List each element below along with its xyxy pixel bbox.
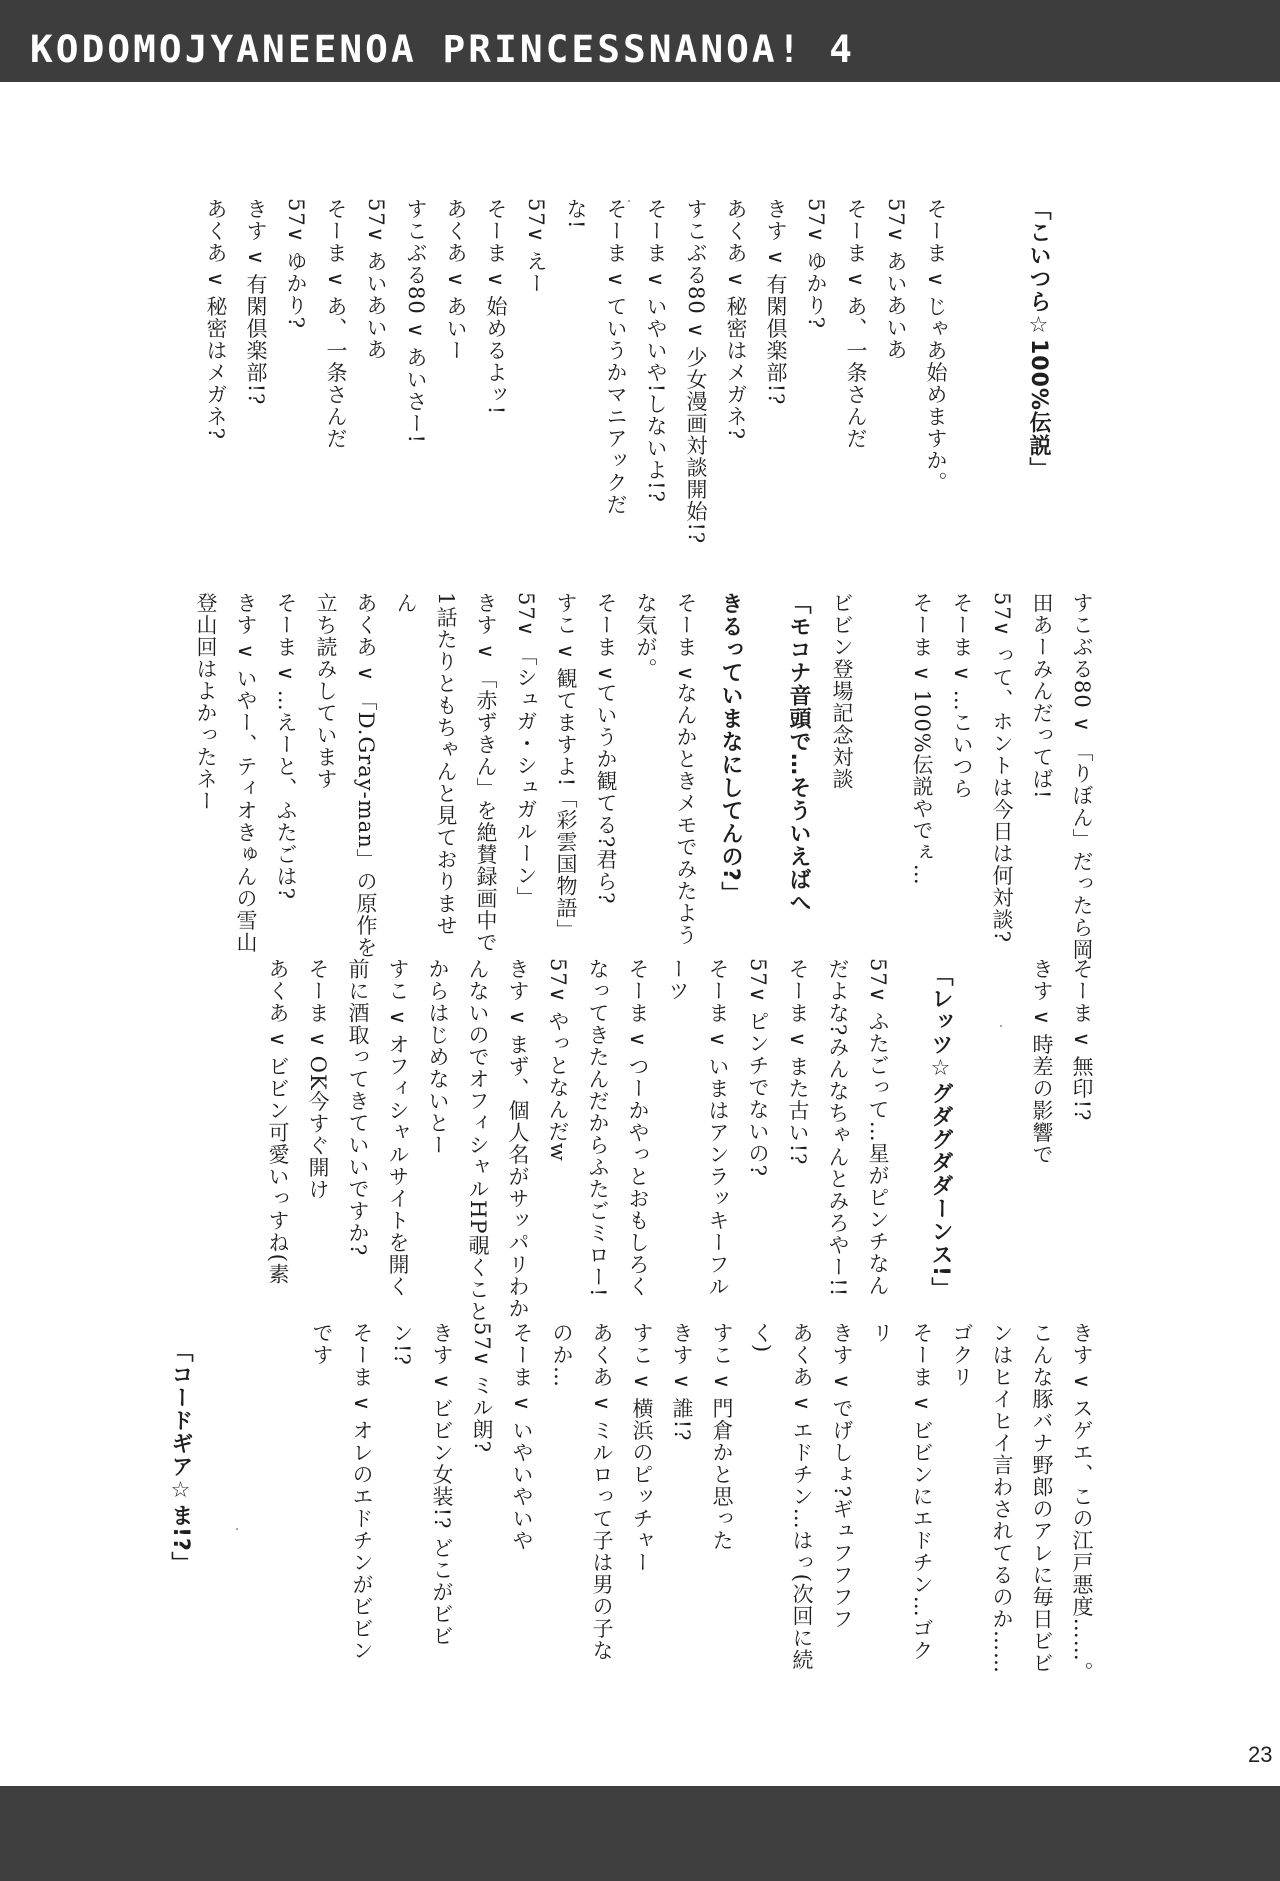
dialogue-line: そーま ∨ OK今すぐ開け [298,958,338,1201]
dialogue-line: そーま ∨なんかときメモでみたよう [666,592,706,946]
dialogue-line: 57∨ えー [516,198,556,295]
dialogue-line: そーま ∨ あ、一条さんだ [316,198,356,450]
dialogue-line: そーま ∨ 100%伝説やでぇ… [902,592,942,886]
dialogue-line: そーま ∨ いやいやいや [502,1322,542,1552]
scan-speck [1000,1025,1002,1027]
dialogue-line: そーま ∨ …えーと、ふたごは? [266,592,306,900]
dialogue-line: そーま ∨ いやいや!しないよ!? [636,198,676,503]
dialogue-line: です [302,1322,342,1366]
scan-speck [236,1528,238,1530]
dialogue-line: なってきたんだからふたごミロー! [578,958,618,1297]
header-bar: KODOMOJYANEENOA PRINCESSNANOA! 4 [0,0,1280,82]
footer-bar [0,1786,1280,1881]
dialogue-line: 57∨ ゆかり? [276,198,316,329]
dialogue-line: な! [556,198,596,229]
dialogue-line: きす ∨ 時差の影響で [1022,958,1062,1166]
scan-speck [628,200,630,202]
dialogue-line: 57∨ ゆかり? [796,198,836,329]
dialogue-line: ン!? [382,1322,422,1366]
dialogue-line: そーま ∨ オレのエドチンがビビン [342,1322,382,1662]
dialogue-line: な気が。 [626,592,666,680]
dialogue-line: 前に酒取ってきていいですか? [338,958,378,1256]
dialogue-line: ゴクリ [942,1322,982,1388]
dialogue-line: あくあ ∨ ミルロって子は男の子な [582,1322,622,1662]
dialogue-line: 57∨ ピンチでないの? [738,958,778,1177]
dialogue-line: そーま ∨ ていうかマニアックだ [596,198,636,516]
dialogue-line: きす ∨ スゲエ、この江戸悪度……。 [1062,1322,1102,1684]
dialogue-line: そーま ∨ ビビンにエドチン…ゴク [902,1322,942,1662]
dialogue-line: あくあ ∨ エドチン…はっ(次回に続 [782,1322,822,1671]
dialogue-line: あくあ ∨ あいー [436,198,476,362]
dialogue-line: きす ∨ まず、個人名がサッパリわか [498,958,538,1320]
dialogue-line: そーま ∨ つーかやっとおもしろく [618,958,658,1298]
section-koitsura: 「こいつら☆100%伝説」 そーま ∨ じゃあ始めますか。 57∨ あいあいあ … [196,198,1080,544]
dialogue-line: 57∨ って、ホントは今日は何対談? [982,592,1022,943]
dialogue-line: んないのでオフィシャルHP覗くこと [458,958,498,1322]
dialogue-line: そーま ∨ じゃあ始めますか。 [916,198,956,494]
dialogue-line: きす ∨ でげしょ?ギュフフフフ [822,1322,862,1630]
dialogue-line: すこ ∨ 観てますよ!「彩雲国物語」 [546,592,586,941]
dialogue-line: そーま ∨ また古い!? [778,958,818,1165]
dialogue-line: 57∨ やっとなんだw [538,958,578,1162]
dialogue-line: そーま ∨ …こいつら [942,592,982,800]
section-subtitle: ビビン登場記念対談 [822,592,862,790]
dialogue-line: 57∨ あいあいあ [876,198,916,361]
dialogue-line: きす ∨ ビビン女装!? どこがビビ [422,1322,462,1647]
dialogue-line: すこぶる80 ∨ 「りぼん」だったら岡 [1062,592,1102,960]
dialogue-line: リ [862,1322,902,1344]
dialogue-line: すこ ∨ 横浜のピッチャー [622,1322,662,1574]
dialogue-line: すこぶる80 ∨ 少女漫画対談開始!? [676,198,716,544]
dialogue-line: あくあ ∨ 秘密はメガネ? [716,198,756,440]
dialogue-line: きす ∨ 誰!? [662,1322,702,1441]
dialogue-line: すこ ∨ 門倉かと思った [702,1322,742,1552]
dialogue-line: 57∨ ミル朗? [462,1322,502,1453]
dialogue-line: そーま ∨ 無印!? [1062,958,1102,1121]
dialogue-line: く) [742,1322,782,1353]
dialogue-line: きす ∨ 有閑倶楽部!? [756,198,796,405]
dialogue-line: そーま ∨ていうか観てる?君ら? [586,592,626,905]
dialogue-line: きす ∨ いやー、ティオきゅんの雪山 [226,592,266,954]
dialogue-line: 田あーみんだってば! [1022,592,1062,799]
dialogue-line: だよな?みんなちゃんとみろやー!! [818,958,858,1297]
dialogue-line: 57∨ 「シュガ・シュガルーン」 [506,592,546,909]
dialogue-line: きす ∨ 「赤ずきん」を絶賛録画中で [466,592,506,954]
dialogue-line: あくあ ∨ ビビン可愛いっすね(素 [258,958,298,1285]
section-mokona: すこぶる80 ∨ 「りぼん」だったら岡 田あーみんだってば! 57∨ って、ホン… [186,592,1102,960]
dialogue-line: あくあ ∨ 「D.Gray-man」の原作を [346,592,386,959]
dialogue-line: きす ∨ 有閑倶楽部!? [236,198,276,405]
section-title-line: きるっていまなにしてんの?」 [710,592,750,905]
dialogue-line: こんな豚バナ野郎のアレに毎日ビビ [1022,1322,1062,1674]
dialogue-line: そーま ∨ いまはアンラッキーフル [698,958,738,1298]
dialogue-line: すこ ∨ オフィシャルサイトを開く [378,958,418,1298]
dialogue-line: そーま ∨ あ、一条さんだ [836,198,876,450]
dialogue-line: のか… [542,1322,582,1388]
section-lets-gudaguda: そーま ∨ 無印!? きす ∨ 時差の影響で 「レッツ☆グダグダダーンス!」 5… [258,958,1102,1322]
dialogue-line: ん [386,592,426,614]
section-title: 「レッツ☆グダグダダーンス!」 [920,964,960,1300]
dialogue-line: ーツ [658,958,698,1002]
dialogue-line: 立ち読みしています [306,592,346,790]
section-edochin: きす ∨ スゲエ、この江戸悪度……。 こんな豚バナ野郎のアレに毎日ビビ ンはヒイ… [138,1322,1102,1684]
dialogue-line: 57∨ ふたごって…星がピンチなん [858,958,898,1297]
dialogue-line: からはじめないとー [418,958,458,1156]
section-title: 「こいつら☆100%伝説」 [1018,198,1058,480]
dialogue-line: 57∨ あいあいあ [356,198,396,361]
section-title: 「コードギア☆ま!?」 [160,1340,200,1575]
dialogue-line: 登山回はよかったネー [186,592,226,812]
dialogue-line: ンはヒイヒイ言わされてるのか…… [982,1322,1022,1674]
dialogue-line: すこぶる80 ∨ あいさー! [396,198,436,444]
page-number: 23 [1248,1742,1272,1768]
header-title: KODOMOJYANEENOA PRINCESSNANOA! 4 [30,30,855,70]
dialogue-line: そーま ∨ 始めるよッ! [476,198,516,415]
section-title-line: 「モコナ音頭で…そういえばへ [778,592,818,914]
dialogue-line: あくあ ∨ 秘密はメガネ? [196,198,236,440]
dialogue-line: 1話たりともちゃんと見ておりませ [426,592,466,936]
